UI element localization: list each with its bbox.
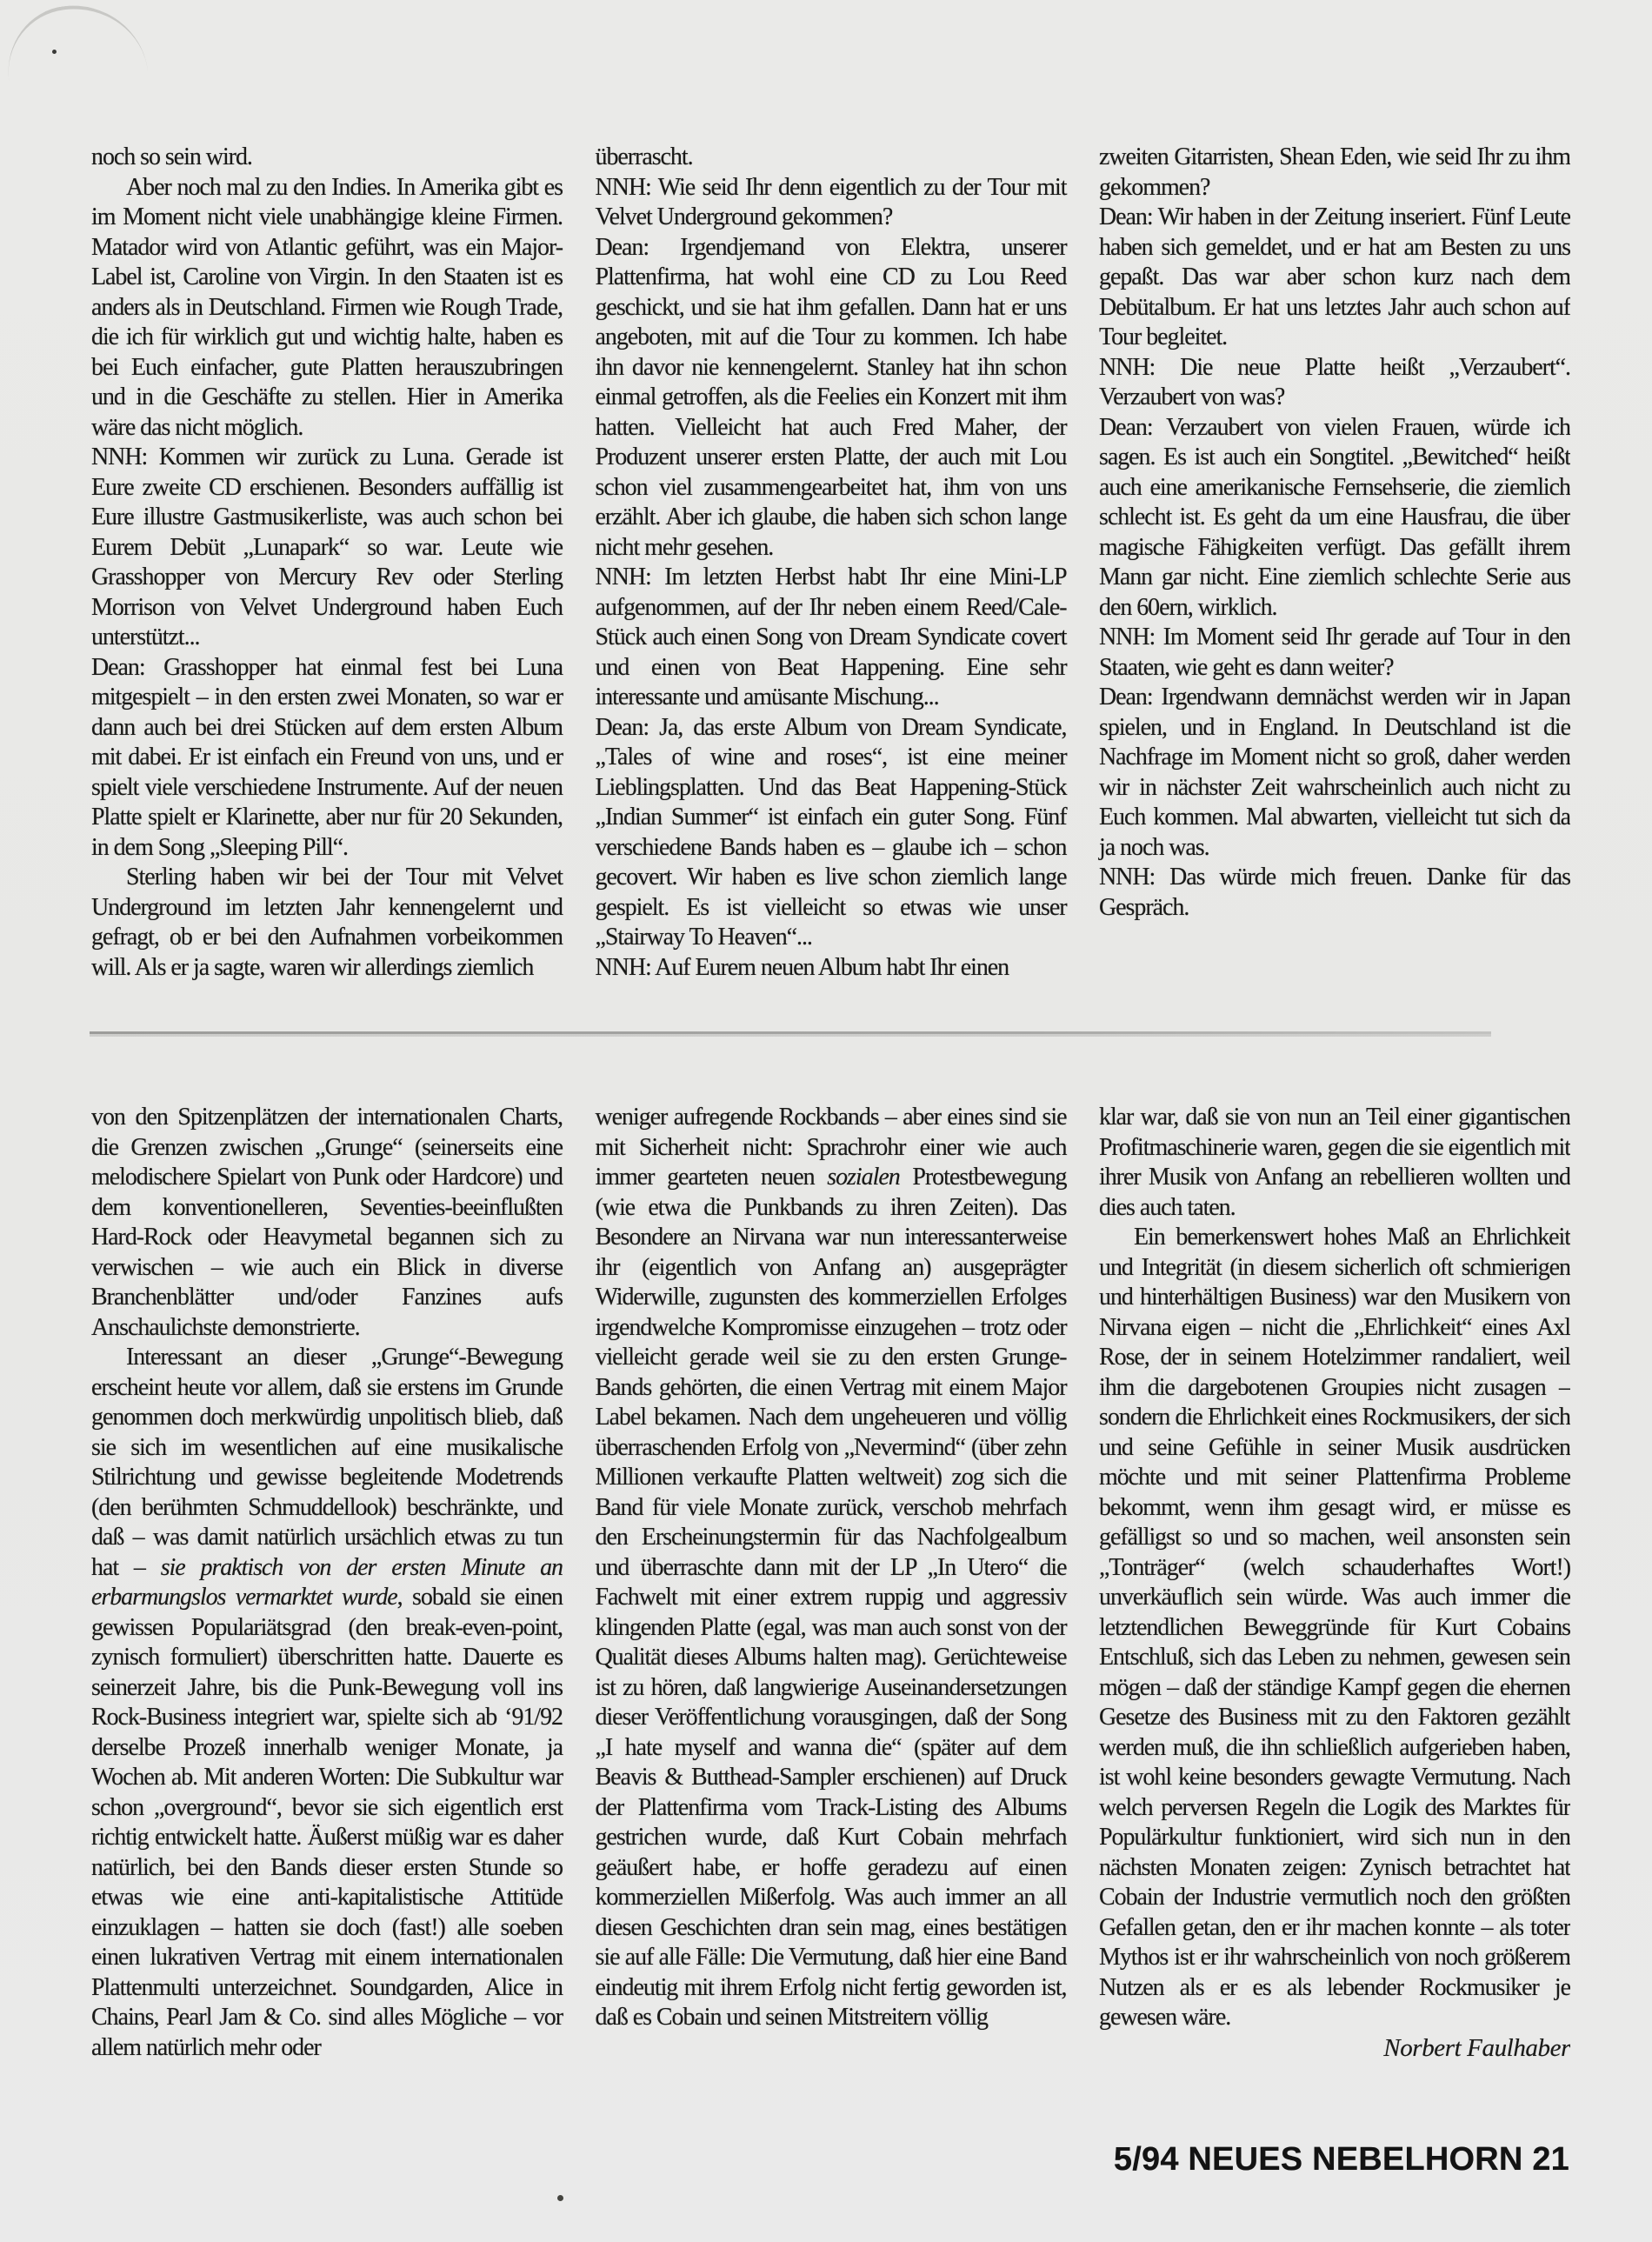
paragraph: NNH: Im letzten Herbst habt Ihr eine Min… — [596, 563, 1067, 713]
scan-speck — [557, 2195, 563, 2201]
text-run: NNH: Die neue Platte heißt „Verzaubert“.… — [1099, 354, 1570, 411]
text-run: Interessant an dieser „Grunge“-Bewegung … — [91, 1344, 563, 1581]
paragraph: Dean: Verzaubert von vielen Frauen, würd… — [1099, 413, 1570, 624]
section-divider — [90, 1031, 1491, 1034]
text-run: NNH: Im letzten Herbst habt Ihr eine Min… — [596, 564, 1067, 711]
paragraph: Sterling haben wir bei der Tour mit Velv… — [91, 863, 563, 983]
text-run: Dean: Verzaubert von vielen Frauen, würd… — [1099, 414, 1570, 621]
text-run: von den Spitzenplätzen der international… — [91, 1104, 563, 1341]
interview-section: noch so sein wird.Aber noch mal zu den I… — [91, 143, 1570, 1026]
paragraph: klar war, daß sie von nun an Teil einer … — [1099, 1103, 1570, 1223]
paragraph: Dean: Ja, das erste Album von Dream Synd… — [596, 713, 1067, 953]
paragraph: zweiten Gitarristen, Shean Eden, wie sei… — [1099, 143, 1570, 203]
article-byline: Norbert Faulhaber — [1099, 2033, 1570, 2064]
text-run: NNH: Auf Eurem neuen Album habt Ihr eine… — [596, 954, 1009, 981]
text-run: noch so sein wird. — [91, 143, 252, 170]
text-run: Dean: Ja, das erste Album von Dream Synd… — [596, 714, 1067, 951]
text-run: Dean: Grasshopper hat einmal fest bei Lu… — [91, 654, 563, 861]
paragraph: Dean: Irgendwann demnächst werden wir in… — [1099, 683, 1570, 863]
italic-run: sozialen — [827, 1164, 899, 1191]
paragraph: Aber noch mal zu den Indies. In Amerika … — [91, 173, 563, 444]
paragraph: Interessant an dieser „Grunge“-Bewegung … — [91, 1343, 563, 2063]
footer-issue-magazine-page: 5/94 NEUES NEBELHORN 21 — [1114, 2141, 1569, 2178]
page-footer: 5/94 NEUES NEBELHORN 21 — [1114, 2141, 1569, 2179]
text-run: Dean: Irgendwann demnächst werden wir in… — [1099, 684, 1570, 861]
text-run: Dean: Wir haben in der Zeitung inseriert… — [1099, 204, 1570, 350]
text-run: zweiten Gitarristen, Shean Eden, wie sei… — [1099, 143, 1570, 201]
scan-corner-artifact — [1, 0, 149, 95]
scan-speck — [52, 50, 57, 54]
paragraph: NNH: Im Moment seid Ihr gerade auf Tour … — [1099, 623, 1570, 683]
text-run: überrascht. — [596, 143, 693, 170]
paragraph: NNH: Wie seid Ihr denn eigentlich zu der… — [596, 173, 1067, 233]
text-run: NNH: Das würde mich freuen. Danke für da… — [1099, 864, 1570, 921]
paragraph: überrascht. — [596, 143, 1067, 173]
paragraph: NNH: Auf Eurem neuen Album habt Ihr eine… — [596, 953, 1067, 984]
paragraph: Dean: Wir haben in der Zeitung inseriert… — [1099, 203, 1570, 353]
text-column: weniger aufregende Rockbands – aber eine… — [596, 1103, 1067, 2127]
paragraph: von den Spitzenplätzen der international… — [91, 1103, 563, 1343]
text-run: Aber noch mal zu den Indies. In Amerika … — [91, 174, 563, 441]
article-section: von den Spitzenplätzen der international… — [91, 1103, 1570, 2127]
paragraph: NNH: Die neue Platte heißt „Verzaubert“.… — [1099, 353, 1570, 413]
text-run: Dean: Irgendjemand von Elektra, unserer … — [596, 234, 1067, 561]
text-run: Protestbewegung (wie etwa die Punkbands … — [596, 1164, 1067, 2031]
text-run: klar war, daß sie von nun an Teil einer … — [1099, 1104, 1570, 1221]
paragraph: Dean: Grasshopper hat einmal fest bei Lu… — [91, 653, 563, 864]
text-run: NNH: Wie seid Ihr denn eigentlich zu der… — [596, 174, 1067, 231]
text-run: , sobald sie einen gewissen Populariätsg… — [91, 1584, 563, 2061]
paragraph: Dean: Irgendjemand von Elektra, unserer … — [596, 233, 1067, 564]
text-column: von den Spitzenplätzen der international… — [91, 1103, 563, 2127]
text-run: NNH: Kommen wir zurück zu Luna. Gerade i… — [91, 444, 563, 651]
magazine-page-scan: { "page": { "background_color": "#e9e9e7… — [0, 0, 1652, 2242]
paragraph: NNH: Das würde mich freuen. Danke für da… — [1099, 863, 1570, 923]
text-column: überrascht.NNH: Wie seid Ihr denn eigent… — [596, 143, 1067, 1026]
paragraph: noch so sein wird. — [91, 143, 563, 173]
text-run: Ein bemerkenswert hohes Maß an Ehrlichke… — [1099, 1224, 1570, 2031]
text-column: zweiten Gitarristen, Shean Eden, wie sei… — [1099, 143, 1570, 1026]
paragraph: NNH: Kommen wir zurück zu Luna. Gerade i… — [91, 443, 563, 653]
text-column: noch so sein wird.Aber noch mal zu den I… — [91, 143, 563, 1026]
text-run: NNH: Im Moment seid Ihr gerade auf Tour … — [1099, 624, 1570, 681]
text-column: klar war, daß sie von nun an Teil einer … — [1099, 1103, 1570, 2127]
paragraph: Ein bemerkenswert hohes Maß an Ehrlichke… — [1099, 1223, 1570, 2033]
paragraph: weniger aufregende Rockbands – aber eine… — [596, 1103, 1067, 2033]
text-run: Sterling haben wir bei der Tour mit Velv… — [91, 864, 563, 981]
